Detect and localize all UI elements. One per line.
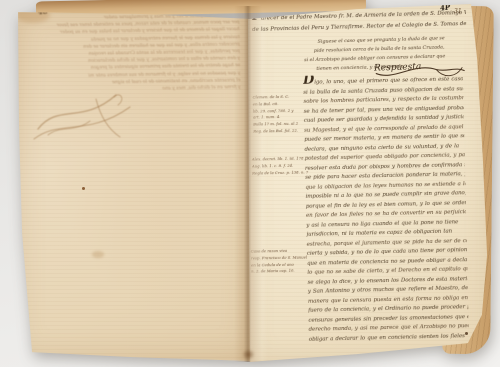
handwritten-line: Digo, lo uno, que el primero que se ofre… bbox=[303, 72, 463, 88]
respuesta-label: Respuesta bbox=[374, 62, 422, 74]
handwritten-line: que la obligacion de las leyes humanas n… bbox=[305, 180, 465, 193]
handwritten-line: potestad del superior queda obligado por… bbox=[305, 151, 465, 164]
folio-number: 31 bbox=[454, 8, 462, 15]
margin-note: Clemen. de la S. C.en la Bul. cit.lib. 2… bbox=[253, 94, 310, 136]
handwritten-line: Bulla 17 m. fol. nu. al 2 bbox=[253, 121, 309, 129]
handwritten-line: derecho manda, y asi me parece que el Ar… bbox=[309, 322, 469, 335]
handwritten-line: si el Arzobispo puede obligar con censur… bbox=[304, 52, 466, 66]
handwritten-line: manera que la censura puesta en esta for… bbox=[308, 294, 468, 307]
handwritten-line: censuras generales sin preceder las amon… bbox=[308, 313, 468, 326]
ink-spot bbox=[82, 187, 85, 190]
handwritten-line: lib. 29. conf. 760. 2 y bbox=[253, 107, 309, 115]
ink-spot bbox=[465, 332, 468, 335]
handwritten-line: lo que no se sabe de cierto, y el Derech… bbox=[307, 265, 467, 278]
handwritten-line: pide resolucion cerca de la bulla de la … bbox=[314, 43, 466, 56]
case-summary: Siguese el caso que se pregunta y la dud… bbox=[304, 34, 467, 75]
left-page: 48 el dicho de cumplirse a ver y de mas … bbox=[14, 5, 252, 361]
respuesta-flourish: Respuesta bbox=[374, 52, 469, 79]
handwritten-line: sobre los hombres particulares, y respec… bbox=[303, 94, 463, 107]
handwritten-line: porque el fin de la ley es el bien comun… bbox=[306, 199, 466, 212]
handwritten-line: en la Bul. cit. bbox=[253, 100, 309, 108]
handwritten-line: que en materia de conciencia no se puede… bbox=[307, 256, 467, 269]
handwritten-line: estrecha, porque el juramento que se pid… bbox=[307, 237, 467, 250]
handwritten-line: jurisdiccion, ni la materia es capaz de … bbox=[306, 227, 466, 240]
handwritten-line: declara, que ninguno esta cierto de su v… bbox=[304, 142, 464, 155]
right-page: 4P 31 Parecer de el Padre Maestro fr. M.… bbox=[246, 0, 492, 367]
handwritten-line: tienen en conciencia, y se responde bbox=[316, 61, 466, 74]
bleedthrough-text: el dicho de cumplirse a ver y de mas y p… bbox=[21, 12, 240, 95]
handwritten-line: fuero de la conciencia, y el Ordinario n… bbox=[308, 303, 468, 316]
handwritten-line: Siguese el caso que se pregunta y la dud… bbox=[318, 34, 466, 47]
body-text: Digo, lo uno, que el primero que se ofre… bbox=[303, 72, 469, 352]
photograph-background: 48 el dicho de cumplirse a ver y de mas … bbox=[0, 0, 500, 367]
handwritten-line: resp. Francisco de S. Manuel bbox=[251, 254, 307, 262]
handwritten-line: Clemen. de la S. C. bbox=[253, 94, 309, 102]
handwritten-line: Regla de la Cruz. p. 138. n. 71. bbox=[252, 169, 308, 177]
margin-note: Caso de razon vivaresp. Francisco de S. … bbox=[251, 248, 307, 276]
handwritten-line: en la Cedula de el ano bbox=[251, 261, 307, 269]
handwritten-line: puede ser menor materia, y en manera de … bbox=[304, 132, 464, 145]
handwritten-line: se alega lo dice, y lo ensenan los Docto… bbox=[307, 275, 467, 288]
handwritten-line: Aug. lib. 1. c. 8. f. 24. bbox=[252, 162, 308, 170]
handwritten-line: Alex. decret. lib. 1. tit. 178. bbox=[252, 156, 308, 164]
handwritten-line: resolver esta duda por obispos y hombres… bbox=[305, 161, 465, 174]
handwritten-line: de las Provincias del Peru y Tierrafirme… bbox=[252, 19, 466, 36]
ink-smudge-mark: 4P bbox=[439, 2, 450, 12]
handwritten-line: cual puede ser guardada y defendida la s… bbox=[304, 113, 464, 126]
handwritten-line: se pide para hacer esta declaracion pond… bbox=[305, 170, 465, 183]
handwritten-line: se ha de tener por tal, pues una vez de … bbox=[304, 104, 464, 117]
handwritten-line: art. 1. num. 4. bbox=[253, 114, 309, 122]
handwritten-line: cierta y sabida, y no de lo que cada uno… bbox=[307, 246, 467, 259]
handwritten-line: Caso de razon viva bbox=[251, 248, 307, 256]
handwritten-line: en favor de los fieles no se ha de conve… bbox=[306, 208, 466, 221]
handwritten-line: n. 2. de Maria cap. 10. bbox=[251, 268, 307, 276]
handwritten-line: Reg. de las Bul. fol. 22. bbox=[253, 127, 309, 135]
manuscript-document: 48 el dicho de cumplirse a ver y de mas … bbox=[0, 0, 500, 367]
handwritten-line: y asi la censura no liga cuando el que l… bbox=[306, 218, 466, 231]
handwritten-line: su Magestad, y el que le corresponde al … bbox=[304, 123, 464, 136]
paper-stain bbox=[92, 251, 104, 258]
handwritten-line: si la bulla de la santa Cruzada puso obl… bbox=[303, 85, 463, 98]
signature-flourish-bleedthrough bbox=[30, 85, 160, 147]
handwritten-line: imposible ni a lo que no se puede cumpli… bbox=[306, 189, 466, 202]
swash-underline-icon bbox=[374, 58, 469, 81]
handwritten-line: y San Antonino y otros muchos que refier… bbox=[308, 284, 468, 297]
handwritten-line: obligar a declarar lo que en conciencia … bbox=[309, 332, 469, 345]
margin-note: Alex. decret. lib. 1. tit. 178.Aug. lib.… bbox=[252, 156, 308, 177]
